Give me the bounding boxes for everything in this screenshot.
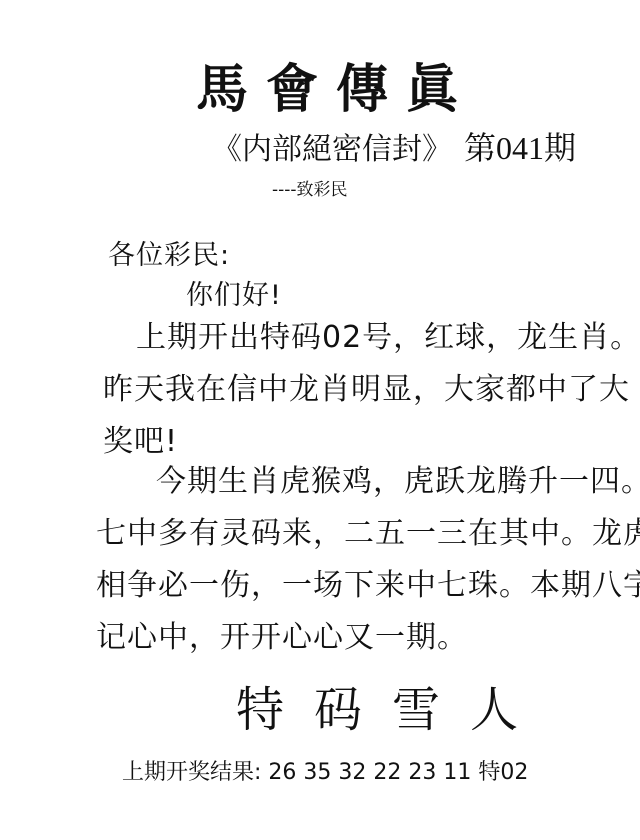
letter-line: 上期开出特码02号，红球，龙生肖。 [136,318,640,358]
letter-line: 七中多有灵码来，二五一三在其中。龙虎 [96,514,640,554]
letter-line: 奖吧! [103,422,178,462]
letter-line: 相争必一伤，一场下来中七珠。本期八字 [96,566,640,606]
letter-line: 今期生肖虎猴鸡，虎跃龙腾升一四。 [156,462,640,502]
page-title: 馬會傳眞 [196,60,476,120]
results-special: 特02 [478,760,528,785]
results-numbers: 26 35 32 22 23 11 [268,760,471,785]
issue-number: 第041期 [464,130,576,166]
subtitle: 《内部絕密信封》 [212,132,452,167]
salutation: 各位彩民: [108,236,230,276]
previous-results: 上期开奖结果: 26 35 32 22 23 11 特02 [122,758,528,788]
subtitle-row: 《内部絕密信封》第041期 [212,128,576,170]
results-label: 上期开奖结果: [122,760,261,785]
letter-line: 记心中，开开心心又一期。 [96,618,468,658]
byline: ----致彩民 [272,178,348,202]
greeting: 你们好! [186,276,282,316]
letter-line: 昨天我在信中龙肖明显，大家都中了大 [103,370,630,410]
signature: 特码雪人 [236,680,548,740]
